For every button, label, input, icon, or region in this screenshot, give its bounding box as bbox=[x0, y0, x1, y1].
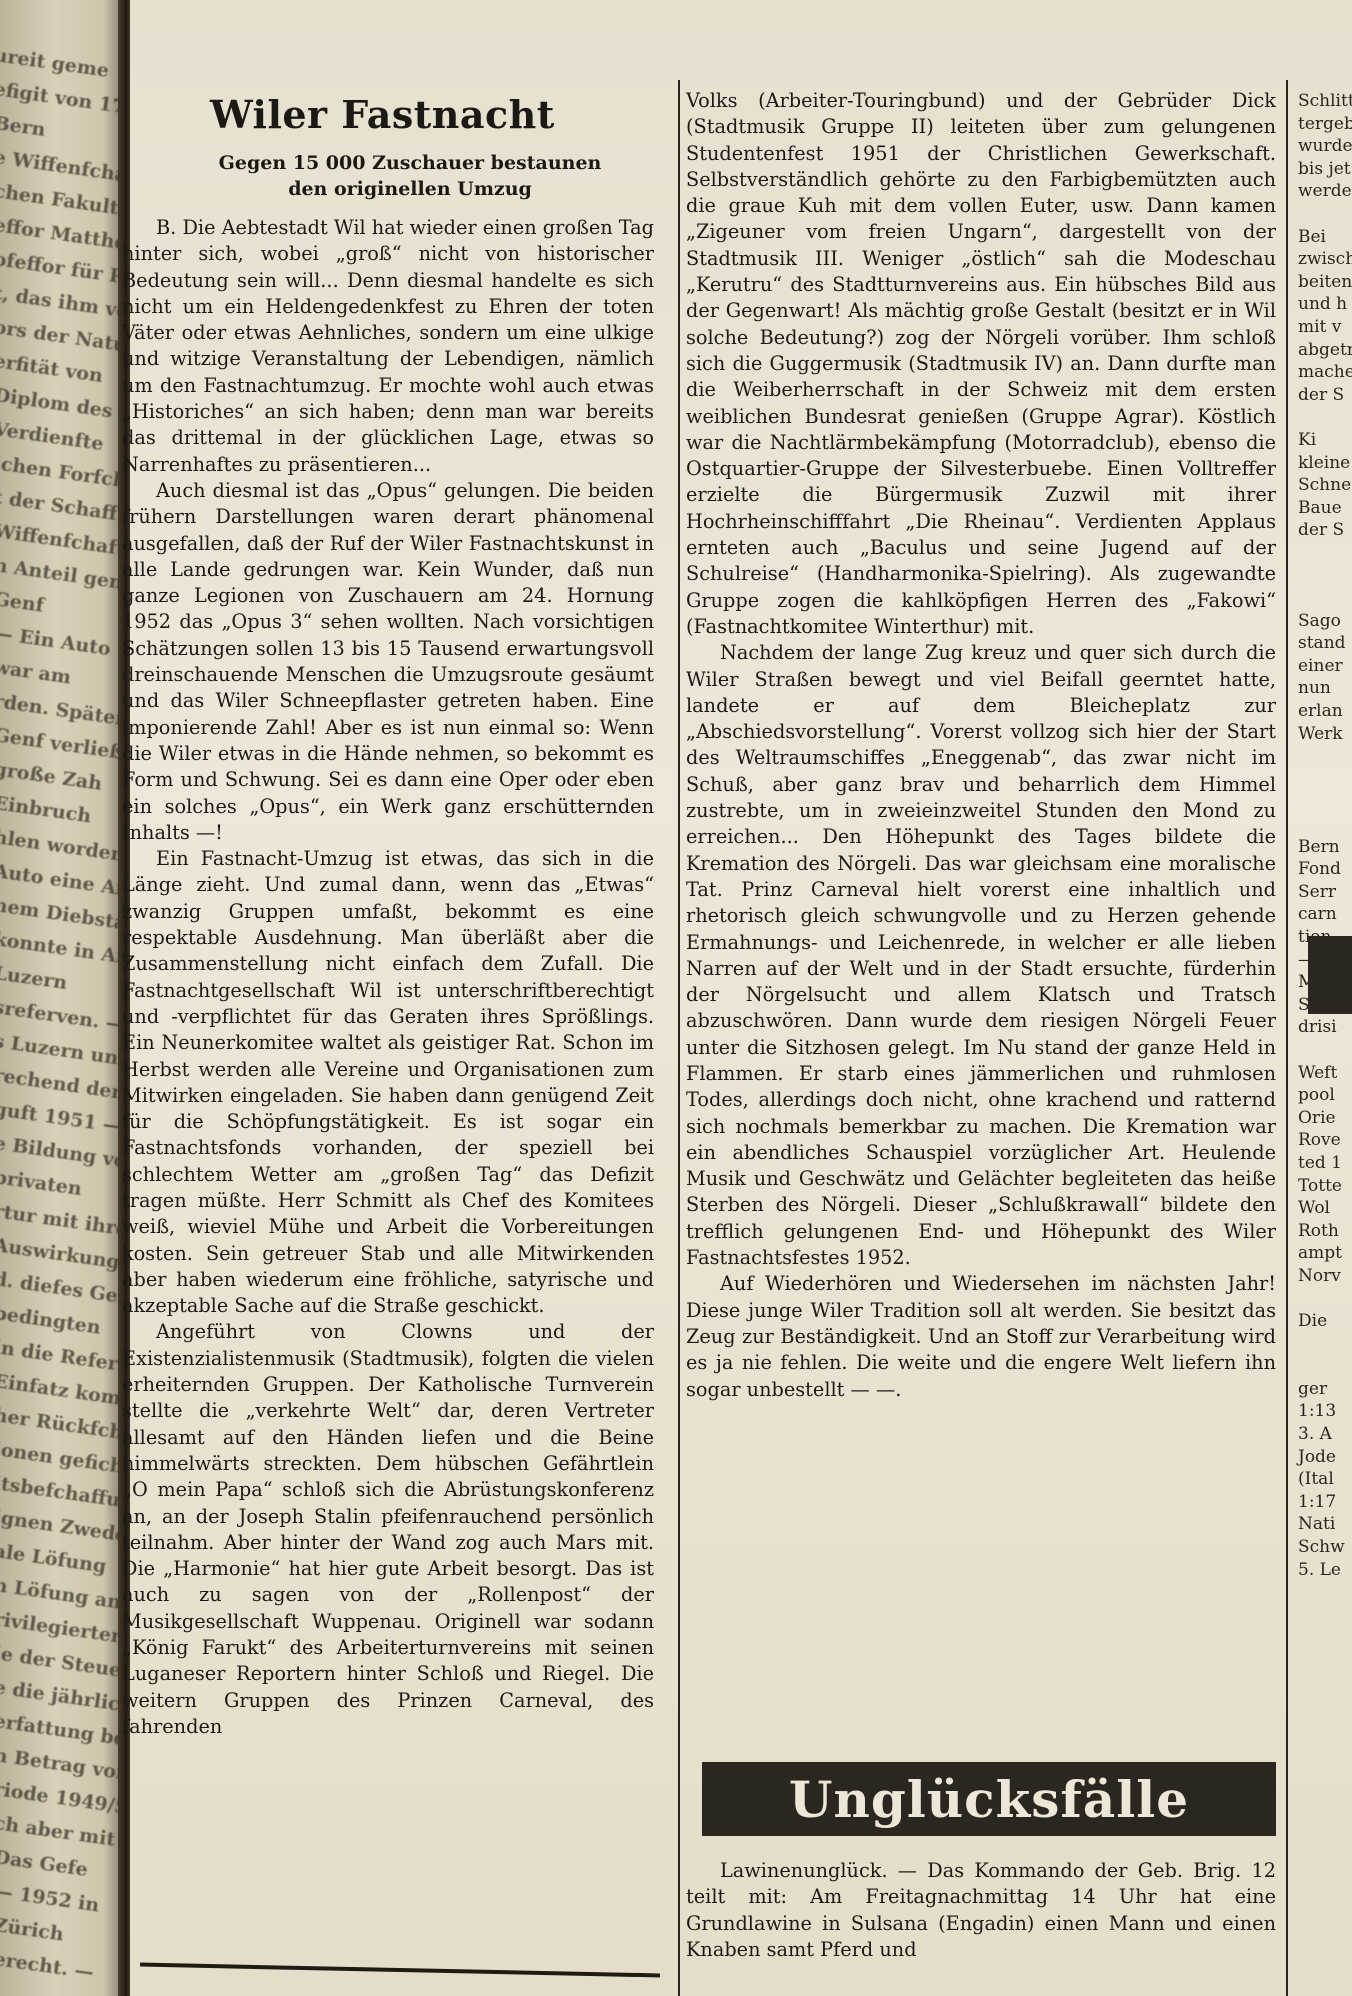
article-subheadline: Gegen 15 000 Zuschauer bestaunen den ori… bbox=[180, 150, 640, 202]
right-column-text-fragment: Sago bbox=[1298, 610, 1352, 633]
right-column-text-fragment bbox=[1298, 203, 1352, 226]
right-column-text-fragment: Wol bbox=[1298, 1197, 1352, 1220]
right-column-text-fragment: 3. A bbox=[1298, 1423, 1352, 1446]
right-column-text-fragment bbox=[1298, 1039, 1352, 1062]
right-column-text-fragment: nun bbox=[1298, 677, 1352, 700]
right-column-text-fragment: Ki bbox=[1298, 429, 1352, 452]
right-column-text-fragment bbox=[1298, 813, 1352, 836]
right-column-text-fragment: ger bbox=[1298, 1378, 1352, 1401]
right-column-text-fragment: beiten bbox=[1298, 271, 1352, 294]
right-column-text-fragment: Orie bbox=[1298, 1107, 1352, 1130]
right-column-text-fragment bbox=[1298, 587, 1352, 610]
right-column-text-fragment: ampt bbox=[1298, 1242, 1352, 1265]
paragraph: Auch diesmal ist das „Opus“ gelungen. Di… bbox=[122, 478, 654, 846]
right-column-text-fragment: Schw bbox=[1298, 1536, 1352, 1559]
subheadline-line-1: Gegen 15 000 Zuschauer bestaunen bbox=[180, 150, 640, 176]
right-column-text-fragment: Fond bbox=[1298, 858, 1352, 881]
right-column-text-fragment: der S bbox=[1298, 519, 1352, 542]
right-column-text-fragment: mache bbox=[1298, 361, 1352, 384]
right-column-text-fragment: Werk bbox=[1298, 723, 1352, 746]
right-column-text-fragment: Totte bbox=[1298, 1175, 1352, 1198]
right-column-text-fragment: stand bbox=[1298, 632, 1352, 655]
right-column-text-fragment: Serr bbox=[1298, 881, 1352, 904]
right-column-text-fragment: zwische bbox=[1298, 248, 1352, 271]
right-column-text-fragment: drisi bbox=[1298, 1016, 1352, 1039]
right-column-text-fragment: carn bbox=[1298, 903, 1352, 926]
paragraph: Nachdem der lange Zug kreuz und quer sic… bbox=[686, 640, 1276, 1271]
right-column-text-fragment: wurde bbox=[1298, 135, 1352, 158]
right-column-text-fragment: (Ital bbox=[1298, 1468, 1352, 1491]
right-column-text-fragment: Rove bbox=[1298, 1129, 1352, 1152]
right-column-text-fragment: Nati bbox=[1298, 1513, 1352, 1536]
right-column-text-fragment: Baue bbox=[1298, 497, 1352, 520]
right-column-text-fragment bbox=[1298, 768, 1352, 791]
paragraph: Ein Fastnacht-Umzug ist etwas, das sich … bbox=[122, 846, 654, 1319]
column-rule bbox=[678, 80, 680, 1996]
right-column-text-fragment: der S bbox=[1298, 384, 1352, 407]
right-column-text-fragment: Schne bbox=[1298, 474, 1352, 497]
right-column-text-fragment: Jode bbox=[1298, 1446, 1352, 1469]
right-column-text-fragment: einer bbox=[1298, 655, 1352, 678]
right-column-text-fragment: mit v bbox=[1298, 316, 1352, 339]
column-rule bbox=[1286, 80, 1288, 1996]
right-column-text-fragment bbox=[1298, 790, 1352, 813]
right-column-text-fragment: ted 1 bbox=[1298, 1152, 1352, 1175]
right-column-text-fragment: pool bbox=[1298, 1084, 1352, 1107]
right-column-text-fragment: 1:17 bbox=[1298, 1491, 1352, 1514]
right-column-text-fragment bbox=[1298, 406, 1352, 429]
accident-report: Lawinenunglück. — Das Kommando der Geb. … bbox=[686, 1858, 1276, 1963]
right-column-text-fragment: Roth bbox=[1298, 1220, 1352, 1243]
article-headline: Wiler Fastnacht bbox=[210, 92, 555, 137]
right-column-text-fragment: Bern bbox=[1298, 836, 1352, 859]
subheadline-line-2: den originellen Umzug bbox=[180, 176, 640, 202]
right-column-text-fragment: tergebi bbox=[1298, 113, 1352, 136]
right-column-text-fragment: werden bbox=[1298, 180, 1352, 203]
right-column-text-fragment: 1:13 bbox=[1298, 1400, 1352, 1423]
right-column-text-fragment: Norv bbox=[1298, 1265, 1352, 1288]
right-column-text-fragment bbox=[1298, 1333, 1352, 1356]
facing-page-left: ureit gemeefigit von 171Berne Wiffenfcha… bbox=[0, 0, 122, 1996]
article-body-col2: Volks (Arbeiter-Touringbund) und der Geb… bbox=[686, 88, 1276, 1403]
right-column-text-fragment bbox=[1298, 564, 1352, 587]
paragraph: Angeführt von Clowns und der Existenzial… bbox=[122, 1319, 654, 1740]
newspaper-page: Wiler Fastnacht Gegen 15 000 Zuschauer b… bbox=[130, 0, 1352, 1996]
right-column-text-fragment bbox=[1298, 745, 1352, 768]
right-column-text-fragment: Bei bbox=[1298, 226, 1352, 249]
right-column-text-fragment: und h bbox=[1298, 293, 1352, 316]
right-column-text-fragment: 5. Le bbox=[1298, 1559, 1352, 1582]
right-column-text-fragment bbox=[1298, 1355, 1352, 1378]
right-column-text-fragment: kleine bbox=[1298, 452, 1352, 475]
paragraph: Volks (Arbeiter-Touringbund) und der Geb… bbox=[686, 88, 1276, 640]
right-column-text-fragment bbox=[1298, 1287, 1352, 1310]
accident-lead: Lawinenunglück. — Das Kommando der Geb. … bbox=[686, 1858, 1276, 1963]
article-body-col1: B. Die Aebtestadt Wil hat wieder einen g… bbox=[122, 215, 654, 1740]
right-column-text-fragment: abgetr bbox=[1298, 339, 1352, 362]
right-column-text-fragment bbox=[1298, 542, 1352, 565]
right-column-text-fragment: erlan bbox=[1298, 700, 1352, 723]
right-column-text-fragment: Schlitte bbox=[1298, 90, 1352, 113]
right-column-banner-fragment bbox=[1308, 936, 1352, 1014]
right-column-text-fragment: Weft bbox=[1298, 1062, 1352, 1085]
right-column-text-fragment: Die bbox=[1298, 1310, 1352, 1333]
paragraph: Auf Wiederhören und Wiedersehen im nächs… bbox=[686, 1271, 1276, 1402]
paragraph: B. Die Aebtestadt Wil hat wieder einen g… bbox=[122, 215, 654, 478]
section-banner-unglucksfaelle: Unglücksfälle bbox=[702, 1762, 1276, 1836]
right-column-text-fragment: bis jet bbox=[1298, 158, 1352, 181]
